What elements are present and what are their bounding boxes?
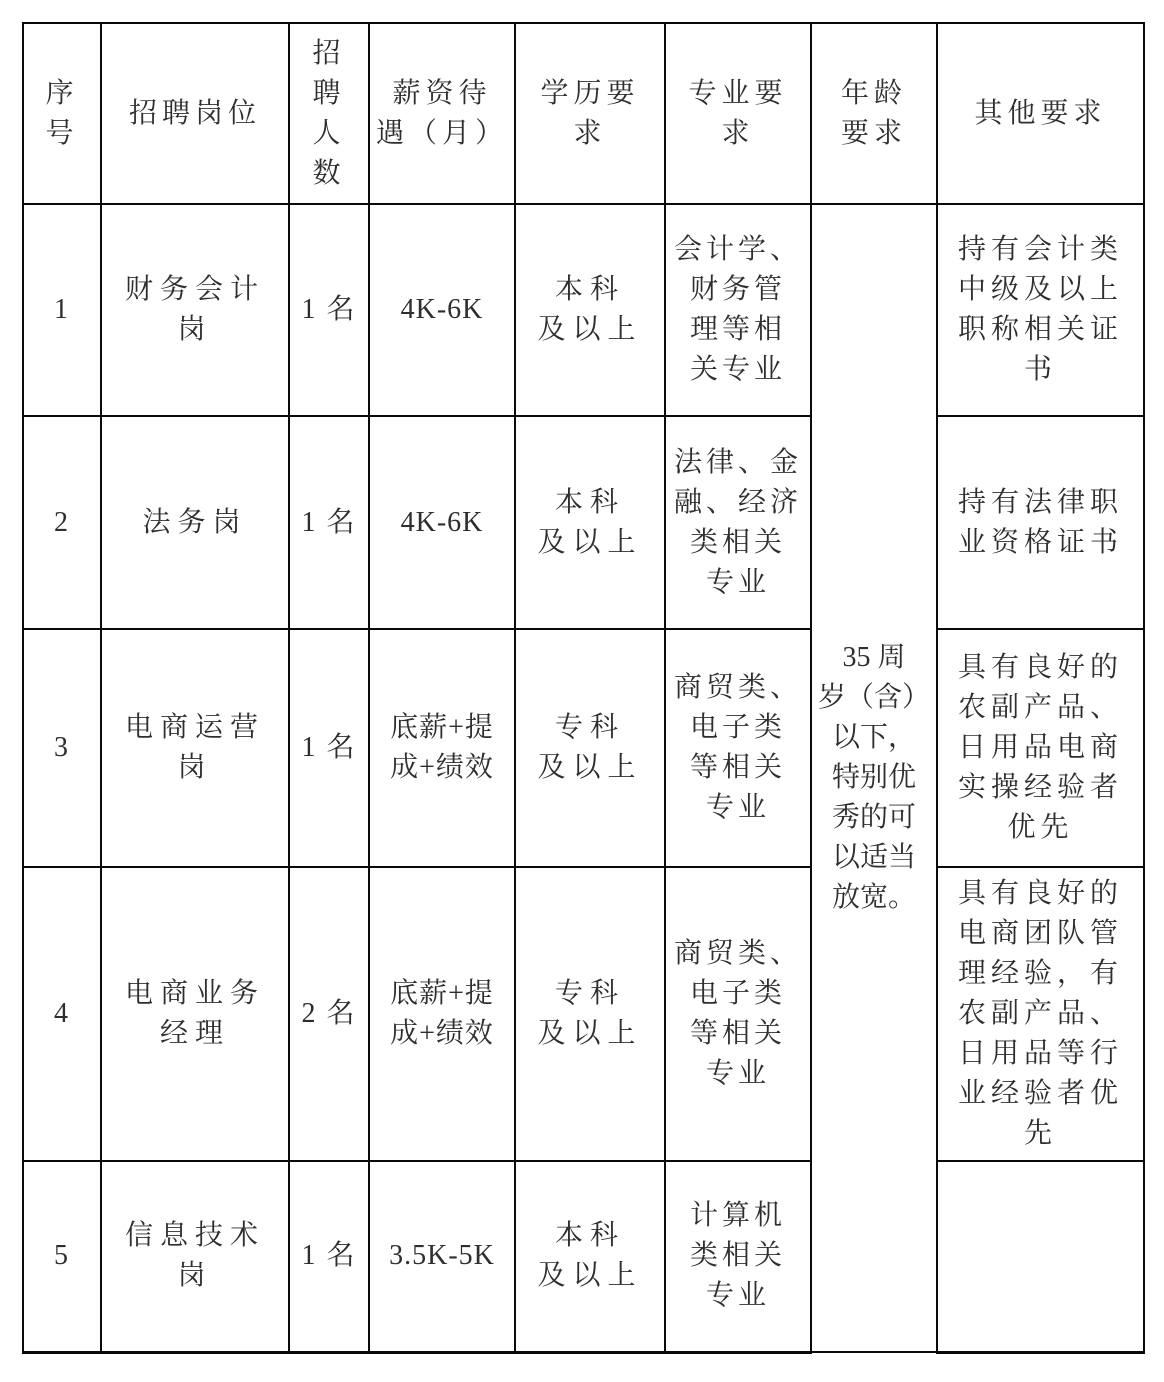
header-education: 学历要 求	[515, 23, 665, 204]
header-index: 序 号	[23, 23, 101, 204]
cell-r2-salary: 4K-6K	[369, 416, 515, 629]
cell-r2-major: 法律、金 融、经济 类相关 专业	[665, 416, 811, 629]
header-major: 专业要 求	[665, 23, 811, 204]
cell-r4-other: 具有良好的 电商团队管 理经验，有 农副产品、 日用品等行 业经验者优 先	[937, 867, 1144, 1161]
age-requirement-cell: 35 周 岁（含） 以下， 特别优 秀的可 以适当 放宽。	[811, 204, 937, 1352]
cell-r1-index: 1	[23, 204, 101, 416]
cell-r5-headcount: 1 名	[289, 1161, 369, 1352]
cell-r3-salary: 底薪+提 成+绩效	[369, 629, 515, 867]
cell-r4-major: 商贸类、 电子类 等相关 专业	[665, 867, 811, 1161]
cell-r4-salary: 底薪+提 成+绩效	[369, 867, 515, 1161]
table-row: 3 电商运营 岗 1 名 底薪+提 成+绩效 专科 及以上 商贸类、 电子类 等…	[23, 629, 1144, 867]
cell-r5-other	[937, 1161, 1144, 1352]
recruitment-table: 序 号 招聘岗位 招 聘 人 数 薪资待 遇（月） 学历要 求 专业要 求 年龄…	[22, 22, 1145, 1354]
table-row: 5 信息技术 岗 1 名 3.5K-5K 本科 及以上 计算机 类相关 专业	[23, 1161, 1144, 1352]
header-age: 年龄 要求	[811, 23, 937, 204]
cell-r5-major: 计算机 类相关 专业	[665, 1161, 811, 1352]
table-row: 2 法务岗 1 名 4K-6K 本科 及以上 法律、金 融、经济 类相关 专业 …	[23, 416, 1144, 629]
cell-r2-position: 法务岗	[101, 416, 289, 629]
cell-r3-major: 商贸类、 电子类 等相关 专业	[665, 629, 811, 867]
document-page: 序 号 招聘岗位 招 聘 人 数 薪资待 遇（月） 学历要 求 专业要 求 年龄…	[0, 0, 1164, 1382]
table-header-row: 序 号 招聘岗位 招 聘 人 数 薪资待 遇（月） 学历要 求 专业要 求 年龄…	[23, 23, 1144, 204]
cell-r5-position: 信息技术 岗	[101, 1161, 289, 1352]
cell-r1-other: 持有会计类 中级及以上 职称相关证 书	[937, 204, 1144, 416]
cell-r2-headcount: 1 名	[289, 416, 369, 629]
cell-r1-education: 本科 及以上	[515, 204, 665, 416]
cell-r3-index: 3	[23, 629, 101, 867]
table-row: 1 财务会计 岗 1 名 4K-6K 本科 及以上 会计学、 财务管 理等相 关…	[23, 204, 1144, 416]
table-row: 4 电商业务 经理 2 名 底薪+提 成+绩效 专科 及以上 商贸类、 电子类 …	[23, 867, 1144, 1161]
cell-r5-education: 本科 及以上	[515, 1161, 665, 1352]
cell-r2-education: 本科 及以上	[515, 416, 665, 629]
cell-r3-headcount: 1 名	[289, 629, 369, 867]
cell-r5-index: 5	[23, 1161, 101, 1352]
cell-r3-position: 电商运营 岗	[101, 629, 289, 867]
cell-r2-other: 持有法律职 业资格证书	[937, 416, 1144, 629]
cell-r4-position: 电商业务 经理	[101, 867, 289, 1161]
cell-r4-headcount: 2 名	[289, 867, 369, 1161]
header-other: 其他要求	[937, 23, 1144, 204]
cell-r1-salary: 4K-6K	[369, 204, 515, 416]
header-position: 招聘岗位	[101, 23, 289, 204]
cell-r1-headcount: 1 名	[289, 204, 369, 416]
cell-r4-education: 专科 及以上	[515, 867, 665, 1161]
cell-r3-education: 专科 及以上	[515, 629, 665, 867]
cell-r5-salary: 3.5K-5K	[369, 1161, 515, 1352]
header-headcount: 招 聘 人 数	[289, 23, 369, 204]
cell-r1-position: 财务会计 岗	[101, 204, 289, 416]
cell-r2-index: 2	[23, 416, 101, 629]
cell-r1-major: 会计学、 财务管 理等相 关专业	[665, 204, 811, 416]
header-salary: 薪资待 遇（月）	[369, 23, 515, 204]
cell-r4-index: 4	[23, 867, 101, 1161]
cell-r3-other: 具有良好的 农副产品、 日用品电商 实操经验者 优先	[937, 629, 1144, 867]
